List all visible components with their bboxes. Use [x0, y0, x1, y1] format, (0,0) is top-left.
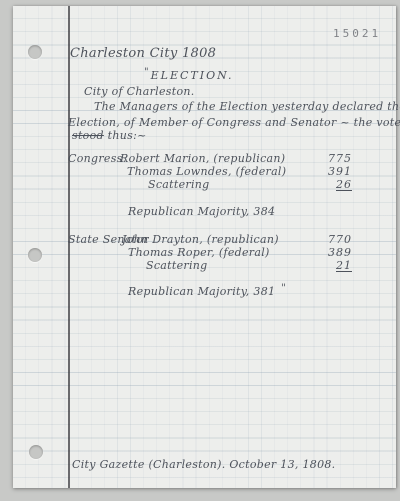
body-line-3: stood thus:~ — [72, 129, 147, 142]
congress-scattering-votes: 26 — [308, 178, 352, 191]
congress-scattering-label: Scattering — [148, 178, 210, 191]
senator-scattering-votes: 21 — [308, 259, 352, 272]
article-heading: "ELECTION. — [144, 69, 234, 82]
article-subheading: City of Charleston. — [84, 85, 195, 98]
senator-majority-line: Republican Majority, 381" — [128, 285, 286, 298]
opening-quote-mark: " — [144, 67, 151, 78]
body-line-2: Election, of Member of Congress and Sena… — [68, 116, 400, 129]
body-line-3-rest: thus:~ — [104, 129, 147, 142]
punch-hole-middle — [28, 248, 42, 262]
margin-rule-line — [68, 6, 70, 488]
congress-candidate-2: Thomas Lowndes, (federal) — [127, 165, 286, 178]
body-line-1: The Managers of the Election yesterday d… — [94, 100, 400, 113]
page-title: Charleston City 1808 — [70, 46, 216, 61]
congress-candidate-1: Robert Marion, (republican) — [120, 152, 285, 165]
senator-candidate-1: John Drayton, (republican) — [122, 233, 279, 246]
senator-scattering-label: Scattering — [146, 259, 208, 272]
congress-votes-1: 775 — [308, 152, 352, 165]
congress-votes-2: 391 — [308, 165, 352, 178]
punch-hole-top — [28, 45, 42, 59]
punch-hole-bottom — [29, 445, 43, 459]
senator-majority-text: Republican Majority, 381 — [128, 285, 275, 298]
senator-candidate-2: Thomas Roper, (federal) — [128, 246, 270, 259]
catalog-number-stamp: 15021 — [333, 27, 381, 40]
scanned-document: 15021 Charleston City 1808 "ELECTION. Ci… — [0, 0, 400, 501]
congress-majority-line: Republican Majority, 384 — [128, 205, 275, 218]
congress-office-label: Congress. — [68, 152, 126, 165]
senator-votes-2: 389 — [308, 246, 352, 259]
struck-word: stood — [72, 129, 104, 142]
closing-quote-mark: " — [281, 283, 286, 294]
ruled-paper: 15021 Charleston City 1808 "ELECTION. Ci… — [13, 6, 396, 488]
source-citation: City Gazette (Charleston). October 13, 1… — [72, 458, 335, 471]
article-heading-text: ELECTION. — [151, 69, 234, 82]
senator-votes-1: 770 — [308, 233, 352, 246]
